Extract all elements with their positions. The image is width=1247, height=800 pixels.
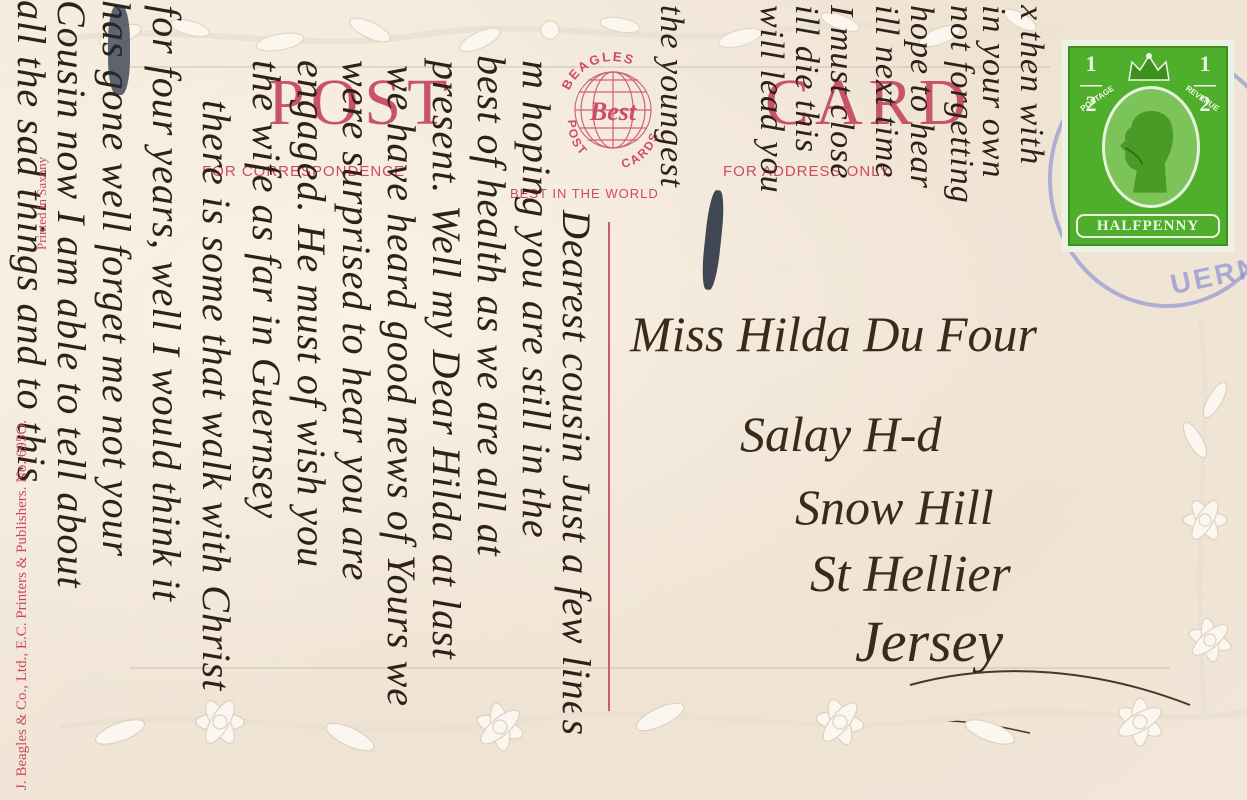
king-portrait-icon xyxy=(1102,86,1200,208)
logo-ring-left: POST xyxy=(565,119,591,158)
crown-icon xyxy=(1124,52,1174,84)
message-line: for four years, well I would think it xyxy=(143,5,190,602)
message-line: there is some that walk with Christ xyxy=(193,100,240,691)
stamp-value-label: HALFPENNY xyxy=(1076,214,1220,238)
address-town: St Hellier xyxy=(810,545,1011,604)
message-margin-line: will lead you xyxy=(752,5,790,194)
message-line: present. Well my Dear Hilda at last xyxy=(423,60,470,660)
message-line: engaged. He must of wish you xyxy=(288,60,335,568)
publisher-imprint: J. Beagles & Co., Ltd., E.C. Printers & … xyxy=(14,420,31,790)
address-street: Snow Hill xyxy=(795,478,994,536)
message-margin-line: in your own xyxy=(974,5,1012,178)
message-line: were surprised to hear you are xyxy=(333,60,380,581)
message-margin-line: hope to hear xyxy=(902,5,940,189)
message-line: we have heard good news of Yours we xyxy=(378,65,425,707)
message-margin-line: ill die this xyxy=(787,5,825,153)
message-line: the wife as far in Guernsey xyxy=(243,60,290,519)
logo-center-text: Best xyxy=(589,97,637,126)
message-line: m hoping you are still in the xyxy=(513,60,560,539)
message-margin-line: I must close xyxy=(822,5,860,179)
stamp-design: 1—2 1—2 POSTAGE REVENUE HALFPENNY xyxy=(1068,46,1228,246)
message-line: Cousin now I am able to tell about xyxy=(48,0,95,588)
address-recipient: Miss Hilda Du Four xyxy=(630,305,1037,363)
address-underline-flourish xyxy=(900,655,1200,745)
ink-blot xyxy=(700,189,726,290)
message-margin-line: the youngest xyxy=(652,5,690,188)
address-house: Salay H-d xyxy=(740,405,941,463)
svg-text:POST: POST xyxy=(565,119,591,158)
message-margin-line: ill next time xyxy=(867,5,905,179)
printed-in-imprint: Printed in Saxony xyxy=(34,157,50,250)
message-line: best of health as we are all at xyxy=(468,55,515,557)
postcard-back: POST CARD FOR CORRESPONDENCE FOR ADDRESS… xyxy=(0,0,1247,800)
postage-stamp: 1—2 1—2 POSTAGE REVENUE HALFPENNY xyxy=(1062,40,1234,252)
center-divider-line xyxy=(608,222,610,717)
message-line: Dearest cousin Just a few lines xyxy=(553,210,600,736)
ink-blot xyxy=(108,5,130,95)
message-margin-line: x then with xyxy=(1012,5,1050,165)
